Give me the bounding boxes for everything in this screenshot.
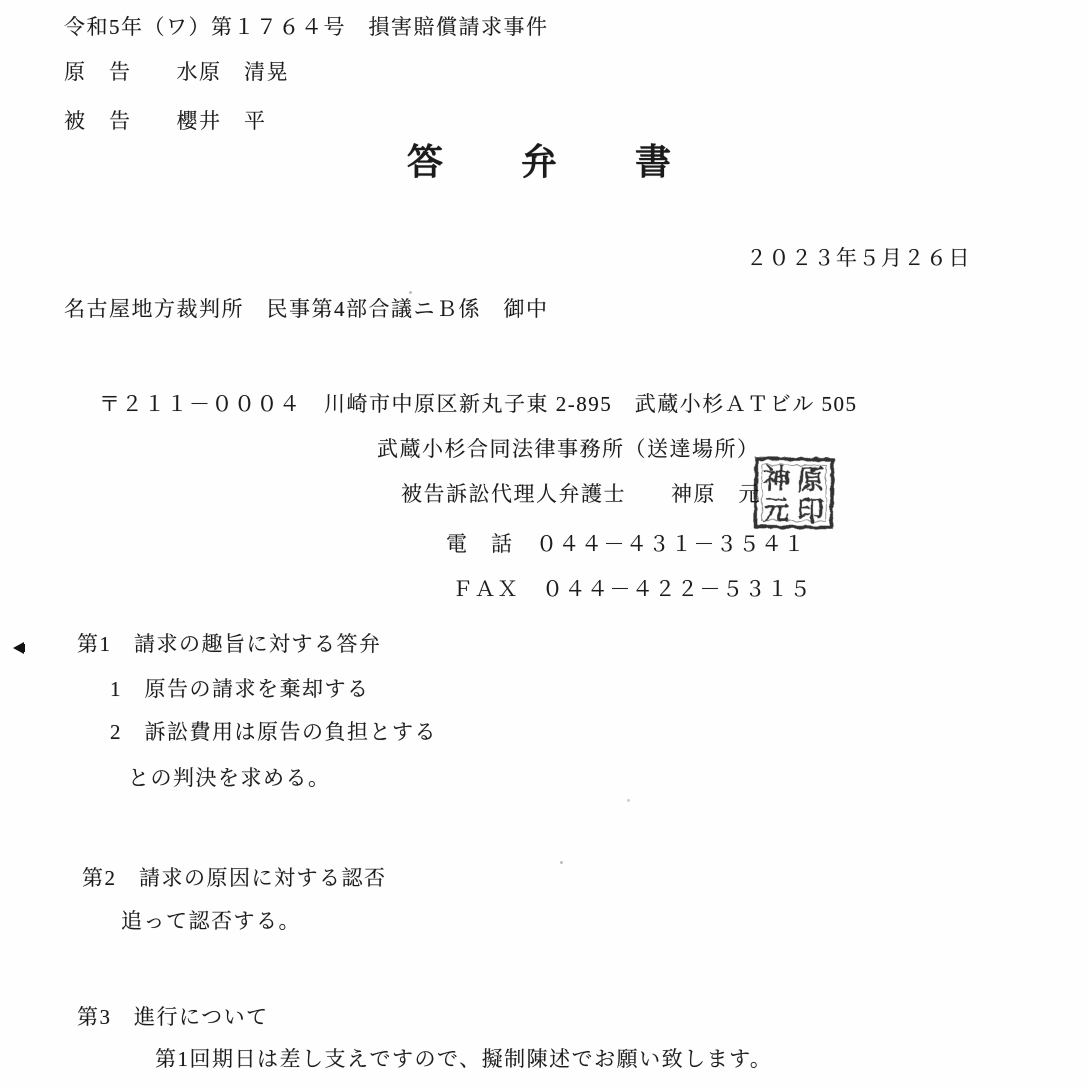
scan-speck [627,799,630,802]
section3-body: 第1回期日は差し支えですので、擬制陳述でお願い致します。 [155,1047,772,1071]
margin-cursor-icon [13,642,24,654]
phone-line: 電 話 ０４４－４３１－３５４１ [446,532,806,556]
scan-speck [560,861,563,864]
scan-speck [409,291,412,294]
case-number-line: 令和5年（ワ）第１７６４号 損害賠償請求事件 [64,15,549,39]
section1-item1: 1 原告の請求を棄却する [110,677,370,701]
section2-heading: 第2 請求の原因に対する認否 [82,866,387,890]
section1-closing: との判決を求める。 [128,766,331,790]
scanned-answer-document: 令和5年（ワ）第１７６４号 損害賠償請求事件 原 告 水原 清晃 被 告 櫻井 … [0,0,1089,1089]
law-office-line: 武蔵小杉合同法律事務所（送達場所） [377,437,760,461]
document-title: 答 弁 書 [407,142,673,183]
address-line: 〒２１１－０００４ 川崎市中原区新丸子東 2-895 武蔵小杉ＡＴビル 505 [99,392,858,416]
defendant-line: 被 告 櫻井 平 [64,109,267,133]
seal-char-3: 元 [763,496,790,526]
seal-char-4: 印 [797,496,824,526]
section2-body: 追って認否する。 [121,909,301,933]
attorney-name-line: 被告訴訟代理人弁護士 神原 元 [401,482,761,506]
section3-heading: 第3 進行について [77,1005,269,1029]
section1-item2: 2 訴訟費用は原告の負担とする [110,720,437,744]
court-addressee-line: 名古屋地方裁判所 民事第4部合議ニＢ係 御中 [64,297,549,321]
section1-heading: 第1 請求の趣旨に対する答弁 [77,632,382,656]
seal-char-2: 原 [797,465,824,495]
plaintiff-line: 原 告 水原 清晃 [64,60,289,84]
seal-char-1: 神 [763,465,790,495]
date-line: ２０２３年５月２６日 [746,246,971,270]
attorney-seal-stamp-icon: 神 原 元 印 [752,455,835,530]
fax-line: ＦＡＸ ０４４－４２２－５３１５ [452,577,812,601]
